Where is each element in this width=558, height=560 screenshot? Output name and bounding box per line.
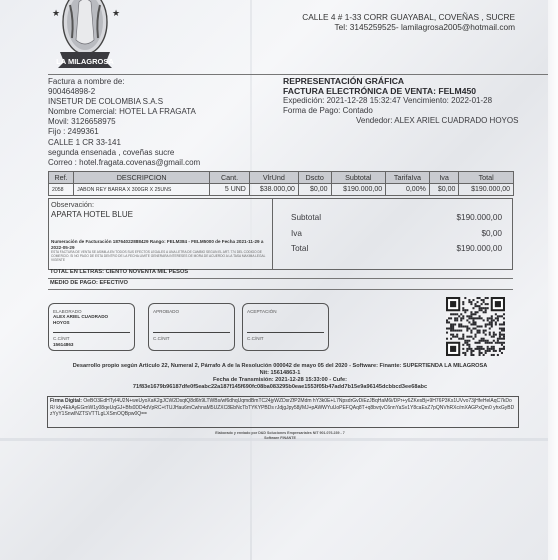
company-logo: ★ ★ LA MILAGROSA [50,0,120,74]
client-phone: Fijo : 2499361 [48,127,278,137]
header-divider [48,74,548,75]
cell-ref: 2058 [49,184,74,196]
issuer-address: CALLE 4 # 1-33 CORR GUAYABAL, COVEÑAS , … [300,12,515,22]
issuer-info: CALLE 4 # 1-33 CORR GUAYABAL, COVEÑAS , … [300,12,515,32]
col-iva: Iva [429,172,459,184]
cell-iva: $0,00 [429,184,459,196]
signature-label: ACEPTACIÓN [247,309,277,314]
client-city: segunda ensenada , coveñas sucre [48,148,278,158]
cell-tax-rate: 0,00% [386,184,430,196]
payment-method: MEDIO DE PAGO: EFECTIVO [48,280,513,290]
client-mobile: Movil: 3126658975 [48,117,278,127]
client-info: Factura a nombre de: 900464898-2 INSETUR… [48,77,278,168]
digital-signature-label: Firma Digital: [50,398,82,404]
qr-code [446,297,505,356]
totals-box: Subtotal $190.000,00 Iva $0,00 Total $19… [272,198,513,270]
client-address: CALLE 1 CR 33-141 [48,138,278,148]
transmission-date: Fecha de Transmisión: 2021-12-28 15:33:0… [40,377,520,384]
total-value: $190.000,00 [456,244,502,253]
numbering-resolution: Numeración de Facturación 18764022888429… [51,239,271,250]
signature-label: APROBADO [153,309,179,314]
items-table: Ref. DESCRIPCION Cant. VlrUnd Dscto Subt… [48,171,514,196]
cell-qty: 5 UND [210,184,250,196]
signature-id-label: C.C/NIT [153,336,170,341]
col-qty: Cant. [210,172,250,184]
invoice-title: REPRESENTACIÓN GRÁFICA [283,76,553,86]
footer-legal: Desarrollo propio según Articulo 22, Num… [40,363,520,391]
cell-discount: $0,00 [298,184,331,196]
client-nit: 900464898-2 [48,87,278,97]
total-in-words: TOTAL EN LETRAS: CIENTO NOVENTA MIL PESO… [48,269,513,279]
signature-line [153,332,230,333]
totals-subtotal-row: Subtotal $190.000,00 [291,213,502,222]
col-ref: Ref. [49,172,74,184]
development-note: Desarrollo propio según Articulo 22, Num… [40,363,520,370]
observation-label: Observación: [51,200,94,209]
iva-label: Iva [291,229,302,238]
table-header-row: Ref. DESCRIPCION Cant. VlrUnd Dscto Subt… [49,172,514,184]
legal-notice: ESTA FACTURA DE VENTA SE ASIMILA EN TODO… [51,251,271,263]
seller: Vendedor: ALEX ARIEL CUADRADO HOYOS [283,116,553,126]
col-description: DESCRIPCION [74,172,210,184]
digital-signature-value: OeBO3EdHTyI4U2N+weUyoXaK2gJCW2DsqtQ8d6h9… [50,398,514,417]
col-tax-rate: TarifaIva [386,172,430,184]
client-name: INSETUR DE COLOMBIA S.A.S [48,97,278,107]
signature-box-aprobado: APROBADO C.C/NIT [148,303,235,351]
col-unit-price: VlrUnd [249,172,298,184]
logo-text: LA MILAGROSA [56,57,114,66]
signature-name: ALEX ARIEL CUADRADO HOYOS [53,314,123,325]
table-row: 2058 JABON REY BARRA X 300GR X 25UNS 5 U… [49,184,514,196]
subtotal-label: Subtotal [291,213,321,222]
col-total: Total [459,172,514,184]
signature-id-label: C.C/NIT [247,336,264,341]
invoice-dates: Expedición: 2021-12-28 15:32:47 Vencimie… [283,96,553,106]
star-icon: ★ [112,8,120,18]
total-label: Total [291,244,308,253]
signature-id-value: 15614863 [53,342,73,347]
star-icon: ★ [52,8,60,18]
cell-unit-price: $38.000,00 [249,184,298,196]
cell-description: JABON REY BARRA X 300GR X 25UNS [74,184,210,196]
subtotal-value: $190.000,00 [456,213,502,222]
client-trade-name: Nombre Comercial: HOTEL LA FRAGATA [48,107,278,117]
signature-id-label: C.C/NIT [53,336,70,341]
signature-box-elaborado: ELABORADO ALEX ARIEL CUADRADO HOYOS C.C/… [48,303,135,351]
software-name: Software FINANTE [150,436,410,441]
signature-line [53,332,130,333]
payment-form: Forma de Pago: Contado [283,106,553,116]
cufe-code: 71f83e1679b96187dfe0f5eabc22a187f145f690… [40,384,520,391]
totals-total-row: Total $190.000,00 [291,244,502,253]
signature-box-aceptacion: ACEPTACIÓN C.C/NIT [242,303,329,351]
totals-iva-row: Iva $0,00 [291,229,502,238]
client-heading: Factura a nombre de: [48,77,278,87]
cell-total: $190.000,00 [459,184,514,196]
cell-subtotal: $190.000,00 [331,184,386,196]
iva-value: $0,00 [482,229,503,238]
col-subtotal: Subtotal [331,172,386,184]
col-discount: Dscto [298,172,331,184]
client-email: Correo : hotel.fragata.covenas@gmail.com [48,158,278,168]
signature-line [247,332,324,333]
invoice-number: FACTURA ELECTRÓNICA DE VENTA: FELM450 [283,86,553,96]
digital-signature-box: Firma Digital: OeBO3EdHTyI4U2N+weUyoXaK2… [47,396,519,428]
issuer-nit: Nit: 15614863-1 [40,370,520,377]
observation-value: APARTA HOTEL BLUE [51,210,133,219]
elaborated-by: Elaborado y enviado por D&D Soluciones E… [150,431,410,440]
invoice-info: REPRESENTACIÓN GRÁFICA FACTURA ELECTRÓNI… [283,76,553,126]
issuer-contact: Tel: 3145259525- lamilagrosa2005@hotmail… [300,22,515,32]
